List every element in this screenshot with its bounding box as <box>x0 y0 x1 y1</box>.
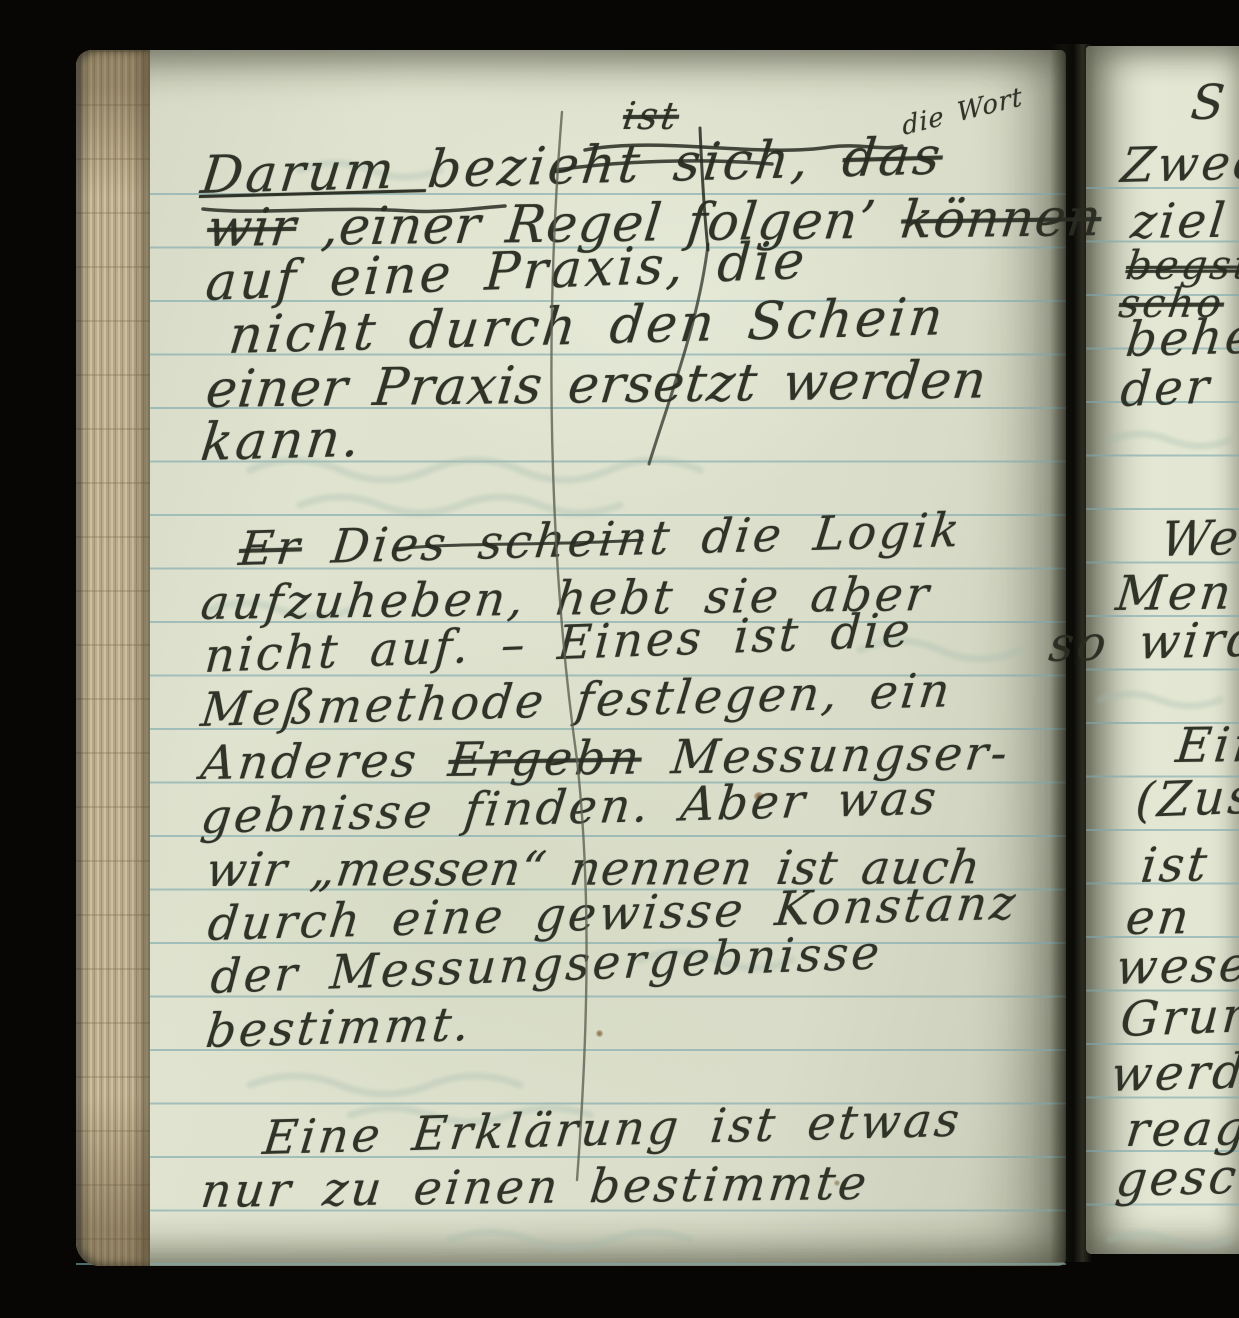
word-segment: bezieht sich, <box>425 129 846 200</box>
fox-spot <box>596 1030 603 1037</box>
partial-line: ziel <box>1128 193 1231 250</box>
partial-line: so wird <box>1046 611 1239 673</box>
manuscript-line: kann. <box>198 409 366 473</box>
manuscript-line: nur zu einen bestimmte <box>198 1156 872 1219</box>
strikethrough-word: können <box>898 188 1105 251</box>
partial-line: werd <box>1108 1043 1239 1103</box>
partial-line: Grun <box>1119 987 1239 1048</box>
partial-line: Ein <box>1173 717 1239 774</box>
partial-line: (Zus <box>1134 768 1239 829</box>
page-edge-stack <box>76 50 150 1266</box>
manuscript-line: bestimmt. <box>203 997 475 1059</box>
partial-line: der <box>1119 359 1214 419</box>
partial-line: Wen <box>1158 509 1239 568</box>
photo-frame: ist die Wort Darum bezieht sich, das wir… <box>0 0 1239 1318</box>
strikethrough-word: das <box>839 126 946 189</box>
partial-line: Zwec <box>1118 134 1239 194</box>
word-segment: Anderes <box>198 733 452 791</box>
partial-line: S <box>1188 75 1230 132</box>
insertion-word-struck: ist <box>620 94 682 138</box>
partial-line: wese <box>1113 936 1239 996</box>
partial-line: ist <box>1138 836 1213 894</box>
strikethrough-word: Er <box>236 520 305 577</box>
partial-line: gesch <box>1113 1148 1239 1208</box>
